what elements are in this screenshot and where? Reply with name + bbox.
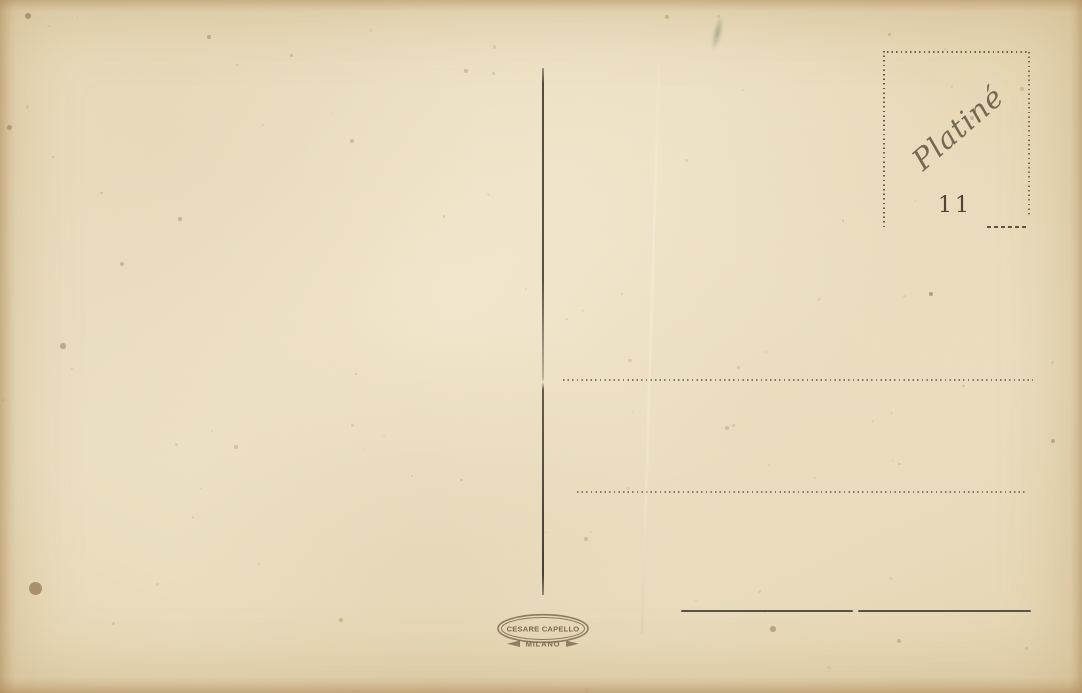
stamp-box-top-edge: [887, 51, 1029, 53]
foxing-spot: [493, 45, 496, 48]
foxing-spot: [339, 618, 343, 622]
foxing-spot: [156, 583, 159, 586]
stamp-box-left-edge: [883, 51, 885, 230]
foxing-spot: [26, 105, 29, 108]
foxing-spot: [369, 29, 372, 32]
foxing-spot: [768, 464, 770, 466]
foxing-spot: [891, 412, 892, 413]
foxing-spot: [52, 156, 54, 158]
foxing-spot: [492, 72, 495, 75]
foxing-spot: [872, 420, 875, 423]
address-solid-line-right: [858, 610, 1031, 612]
foxing-spot: [827, 666, 830, 669]
foxing-spot: [200, 488, 201, 489]
foxing-spot: [586, 688, 588, 690]
foxing-spot: [236, 64, 238, 66]
publisher-flourish-left-icon: [507, 641, 520, 648]
foxing-spot: [351, 424, 354, 427]
foxing-spot: [584, 537, 588, 541]
foxing-spot: [175, 443, 178, 446]
foxing-spot: [460, 479, 463, 482]
foxing-spot: [29, 582, 42, 595]
foxing-spot: [695, 600, 697, 602]
foxing-spot: [112, 622, 115, 625]
foxing-spot: [628, 359, 631, 362]
ink-smudge: [709, 14, 726, 51]
foxing-spot: [765, 351, 766, 352]
foxing-spot: [60, 343, 65, 348]
foxing-spot: [892, 460, 894, 462]
foxing-spot: [1025, 647, 1028, 650]
foxing-spot: [832, 181, 833, 182]
foxing-spot: [621, 293, 623, 295]
foxing-spot: [742, 89, 744, 91]
foxing-spot: [411, 475, 413, 477]
foxing-spot: [525, 288, 527, 290]
foxing-spot: [1051, 361, 1054, 364]
foxing-spot: [888, 33, 891, 36]
foxing-spot: [178, 217, 182, 221]
foxing-spot: [962, 385, 965, 388]
foxing-spot: [48, 25, 50, 27]
foxing-spot: [758, 590, 761, 593]
foxing-spot: [989, 271, 990, 272]
foxing-spot: [25, 13, 31, 19]
foxing-spot: [903, 295, 906, 298]
foxing-spot: [120, 262, 124, 266]
foxing-spot: [764, 612, 766, 614]
foxing-spot: [898, 463, 900, 465]
stamp-box-number: 11: [936, 193, 974, 218]
foxing-spot: [770, 626, 776, 632]
foxing-spot: [332, 112, 334, 114]
foxing-spot: [443, 215, 446, 218]
postcard-back: Platiné 11 CESARE CAPELLO MILANO: [0, 0, 1082, 693]
foxing-spot: [590, 531, 593, 534]
publisher-logo: CESARE CAPELLO MILANO: [495, 613, 591, 655]
address-solid-line-left: [681, 610, 853, 612]
foxing-spot: [929, 292, 934, 297]
foxing-spot: [77, 17, 79, 19]
foxing-spot: [897, 639, 901, 643]
foxing-spot: [262, 124, 264, 126]
foxing-spot: [626, 487, 630, 491]
foxing-spot: [207, 35, 211, 39]
paper-crease: [641, 62, 660, 634]
foxing-spot: [258, 563, 260, 565]
foxing-spot: [464, 69, 468, 73]
foxing-spot: [71, 368, 73, 370]
foxing-spot: [487, 193, 490, 196]
foxing-spot: [818, 298, 821, 301]
publisher-flourish-right-icon: [566, 641, 579, 648]
foxing-spot: [426, 277, 427, 278]
foxing-spot: [383, 435, 385, 437]
foxing-spot: [632, 412, 633, 413]
foxing-spot: [725, 426, 729, 430]
foxing-spot: [364, 449, 365, 450]
publisher-name: CESARE CAPELLO: [507, 625, 580, 634]
address-dotted-line-1: [563, 379, 1033, 381]
foxing-spot: [350, 139, 354, 143]
foxing-spot: [290, 54, 293, 57]
foxing-spot: [545, 532, 547, 534]
foxing-spot: [100, 192, 102, 194]
foxing-spot: [685, 159, 688, 162]
stamp-box-bottom-edge: [987, 226, 1028, 228]
publisher-city: MILANO: [526, 640, 561, 649]
foxing-spot: [7, 125, 12, 130]
foxing-spot: [732, 424, 735, 427]
foxing-spot: [842, 219, 844, 221]
foxing-spot: [234, 445, 238, 449]
foxing-spot: [814, 477, 816, 479]
foxing-spot: [737, 366, 740, 369]
foxing-spot: [826, 650, 828, 652]
foxing-spot: [665, 15, 669, 19]
foxing-spot: [889, 577, 892, 580]
foxing-spot: [2, 399, 5, 402]
foxing-spot: [211, 430, 213, 432]
foxing-spot: [192, 516, 195, 519]
foxing-spot: [1051, 439, 1056, 444]
foxing-spot: [581, 309, 584, 312]
foxing-spot: [355, 373, 357, 375]
center-divider-line: [542, 68, 544, 595]
foxing-spot: [565, 318, 567, 320]
